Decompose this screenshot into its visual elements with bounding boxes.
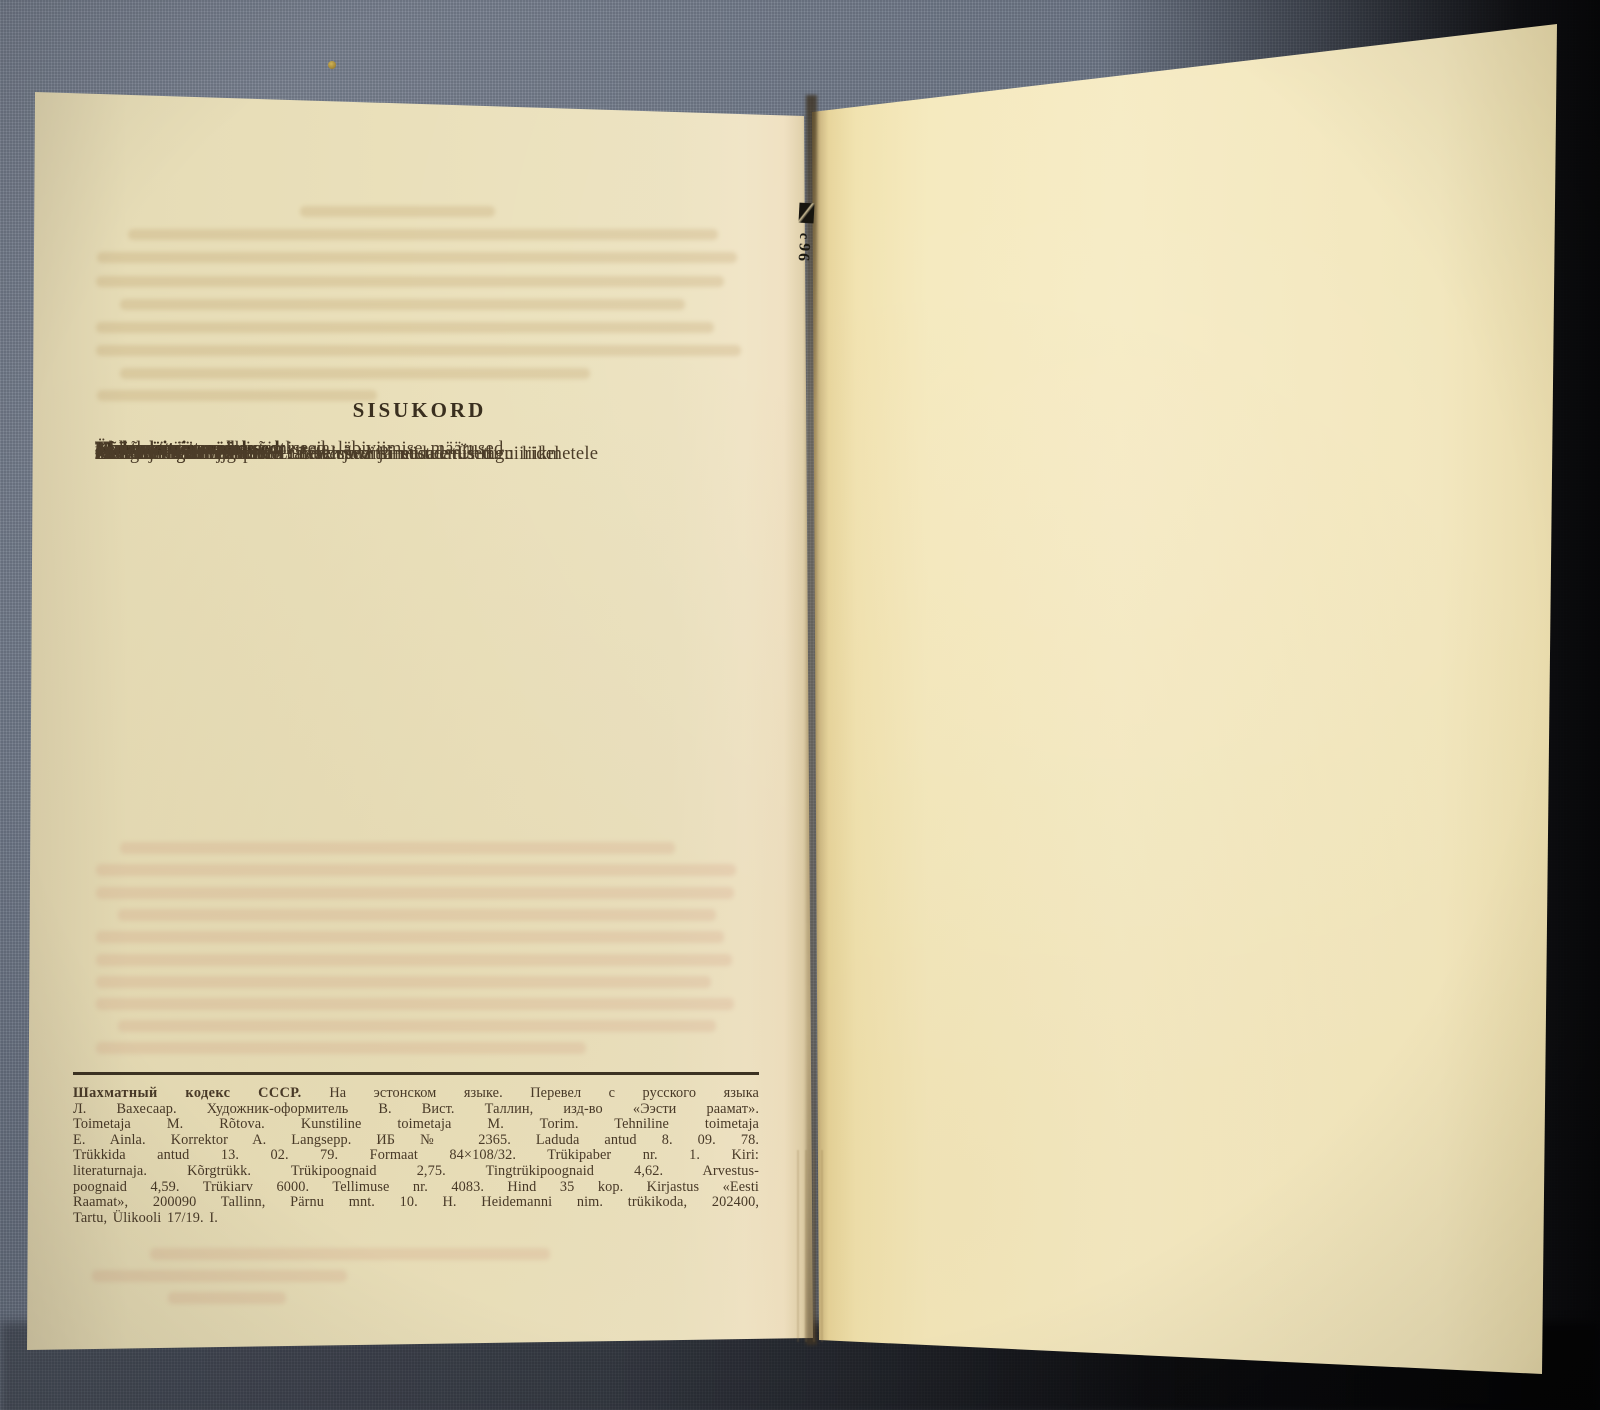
colophon-title: Шахматный кодекс СССР. xyxy=(73,1085,329,1101)
showthrough-line xyxy=(300,206,495,217)
colophon-line: Raamat», 200090 Tallinn, Pärnu mnt. 10. … xyxy=(73,1195,759,1211)
showthrough-line xyxy=(96,276,724,287)
showthrough-line xyxy=(120,842,675,854)
showthrough-line xyxy=(96,322,714,333)
showthrough-line xyxy=(92,1270,347,1282)
colophon-line: E. Ainla. Korrektor A. Langsepp. ИБ № 23… xyxy=(73,1133,759,1149)
colophon-line: Trükkida antud 13. 02. 79. Formaat 84×10… xyxy=(73,1148,759,1164)
showthrough-line xyxy=(96,1042,586,1054)
showthrough-line xyxy=(118,1020,716,1032)
showthrough-line xyxy=(150,1248,550,1260)
colophon-line: Toimetaja M. Rõtova. Kunstiline toimetaj… xyxy=(73,1117,759,1133)
showthrough-line xyxy=(96,931,724,943)
colophon-divider xyxy=(73,1072,759,1075)
showthrough-line xyxy=(120,299,685,310)
colophon-line: poognaid 4,59. Trükiarv 6000. Tellimuse … xyxy=(73,1180,759,1196)
toc-row-label: Soovitusi kohtunikele. L. Vahesaar xyxy=(95,444,372,464)
showthrough-line xyxy=(96,954,732,966)
showthrough-line xyxy=(96,887,734,899)
showthrough-line xyxy=(97,252,737,263)
showthrough-line xyxy=(96,345,741,356)
showthrough-line xyxy=(128,229,718,240)
toc-row-author: L. Vahesaar xyxy=(270,443,372,464)
colophon-line: Tartu, Ülikooli 17/19. I. xyxy=(73,1211,759,1227)
colophon-line: Л. Вахесаар. Художник-оформитель В. Вист… xyxy=(73,1102,759,1118)
toc-title: SISUKORD xyxy=(95,398,744,423)
colophon-line: literaturnaja. Kõrgtrükk. Trükipoognaid … xyxy=(73,1164,759,1180)
colophon-line: Шахматный кодекс СССР. На эстонском язык… xyxy=(73,1086,759,1102)
colophon-text: Шахматный кодекс СССР. На эстонском язык… xyxy=(73,1086,759,1226)
toc-page-number: 80 xyxy=(95,444,114,464)
showthrough-line xyxy=(168,1292,286,1304)
showthrough-line xyxy=(120,368,590,379)
table-of-contents: Eessõna3Malemängu määrusedEsimene osa.Ül… xyxy=(95,439,744,444)
showthrough-line xyxy=(96,998,734,1010)
showthrough-line xyxy=(96,864,736,876)
showthrough-line xyxy=(118,909,716,921)
showthrough-line xyxy=(96,976,711,988)
book-photo: c 96 SISUKORD Eessõna3Malemängu määrused… xyxy=(0,0,1600,1410)
